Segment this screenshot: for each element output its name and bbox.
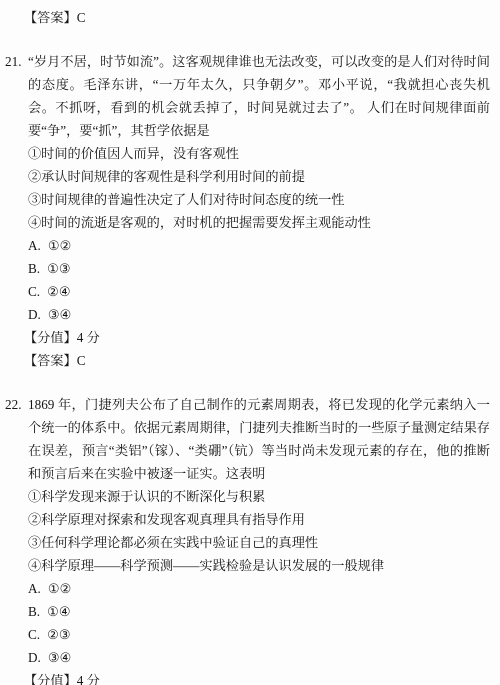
choice-label: B. — [28, 600, 40, 623]
question-22: 22. 1869 年，门捷列夫公布了自己制作的元素周期表，将已发现的化学元素纳入… — [0, 393, 492, 685]
question-21-choice-a: A.①② — [28, 234, 490, 257]
question-21-answer-line: 【答案】C — [24, 349, 490, 372]
question-22-choice-b: B.①④ — [28, 600, 490, 623]
question-22-choice-d: D.③④ — [28, 646, 490, 669]
question-22-number: 22. — [5, 393, 21, 416]
choice-numbers: ①② — [48, 238, 72, 253]
question-21-score-line: 【分值】4 分 — [24, 326, 490, 349]
question-21-statement-3: ③时间规律的普遍性决定了人们对待时间态度的统一性 — [28, 188, 490, 211]
question-22-choice-a: A.①② — [28, 577, 490, 600]
choice-numbers: ①② — [48, 581, 72, 596]
choice-numbers: ①④ — [47, 604, 71, 619]
exam-document-page: 【答案】C 21. “岁月不居，时节如流”。这客观规律谁也无法改变，可以改变的是… — [0, 0, 500, 685]
score-value: 4 分 — [77, 673, 100, 685]
choice-label: A. — [28, 577, 41, 600]
question-22-statement-1: ①科学发现来源于认识的不断深化与积累 — [28, 485, 490, 508]
choice-numbers: ②③ — [47, 627, 71, 642]
question-21-statement-2: ②承认时间规律的客观性是科学利用时间的前提 — [28, 165, 490, 188]
score-value: 4 分 — [77, 330, 100, 345]
choice-numbers: ③④ — [48, 650, 72, 665]
choice-label: C. — [28, 623, 40, 646]
choice-label: D. — [28, 646, 41, 669]
choice-label: B. — [28, 257, 40, 280]
question-22-stem: 1869 年，门捷列夫公布了自己制作的元素周期表，将已发现的化学元素纳入一个统一… — [28, 393, 490, 485]
question-21-number: 21. — [5, 50, 21, 73]
question-21-choice-c: C.②④ — [28, 280, 490, 303]
question-22-choice-c: C.②③ — [28, 623, 490, 646]
question-21-statement-4: ④时间的流逝是客观的，对时机的把握需要发挥主观能动性 — [28, 211, 490, 234]
question-22-statement-4: ④科学原理——科学预测——实践检验是认识发展的一般规律 — [28, 554, 490, 577]
question-21-choice-d: D.③④ — [28, 303, 490, 326]
choice-label: C. — [28, 280, 40, 303]
question-21-choice-b: B.①③ — [28, 257, 490, 280]
question-21-statement-1: ①时间的价值因人而异，没有客观性 — [28, 142, 490, 165]
question-22-statement-3: ③任何科学理论都必须在实践中验证自己的真理性 — [28, 531, 490, 554]
question-22-statement-2: ②科学原理对探索和发现客观真理具有指导作用 — [28, 508, 490, 531]
prev-answer-value: C — [77, 10, 86, 25]
prev-answer-label: 【答案】 — [24, 10, 77, 25]
score-label: 【分值】 — [24, 673, 77, 685]
choice-numbers: ②④ — [47, 284, 71, 299]
choice-label: D. — [28, 303, 41, 326]
choice-numbers: ③④ — [48, 307, 72, 322]
choice-numbers: ①③ — [47, 261, 71, 276]
choice-label: A. — [28, 234, 41, 257]
question-22-score-line: 【分值】4 分 — [24, 669, 490, 685]
score-label: 【分值】 — [24, 330, 77, 345]
question-21-stem: “岁月不居，时节如流”。这客观规律谁也无法改变，可以改变的是人们对待时间的态度。… — [28, 50, 490, 142]
prev-answer-line: 【答案】C — [0, 6, 492, 29]
question-21: 21. “岁月不居，时节如流”。这客观规律谁也无法改变，可以改变的是人们对待时间… — [0, 50, 492, 372]
answer-label: 【答案】 — [24, 353, 77, 368]
answer-value: C — [77, 353, 86, 368]
